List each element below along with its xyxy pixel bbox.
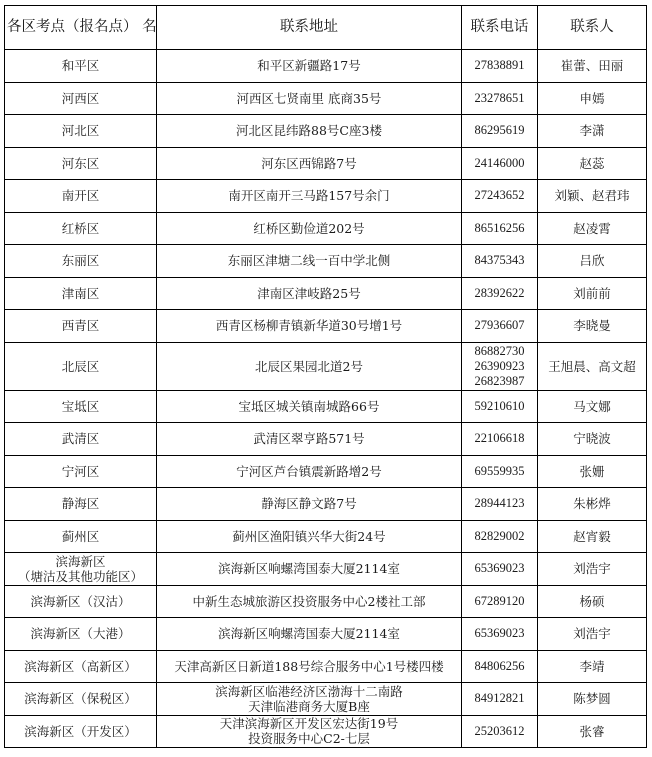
cell-contact: 刘前前	[538, 277, 647, 310]
cell-contact: 赵蕊	[538, 147, 647, 180]
table-row: 滨海新区（保税区）滨海新区临港经济区渤海十二南路天津临港商务大厦B座849128…	[5, 683, 647, 716]
cell-phone: 59210610	[462, 390, 538, 423]
cell-address-line: 河东区西锦路7号	[159, 156, 459, 171]
cell-site-name: 宝坻区	[5, 390, 157, 423]
cell-site-name-line: 和平区	[7, 58, 154, 73]
cell-address-line: 滨海新区响螺湾国泰大厦2114室	[159, 626, 459, 641]
cell-address-line: 天津临港商务大厦B座	[159, 699, 459, 714]
cell-phone: 27243652	[462, 180, 538, 213]
cell-phone-line: 27936607	[464, 318, 535, 333]
cell-address: 天津滨海新区开发区宏达街19号投资服务中心C2-七层	[157, 715, 462, 748]
table-row: 河东区河东区西锦路7号24146000赵蕊	[5, 147, 647, 180]
cell-site-name-line: （塘沽及其他功能区）	[7, 569, 154, 584]
cell-site-name-line: 红桥区	[7, 221, 154, 236]
cell-address-line: 天津高新区日新道188号综合服务中心1号楼四楼	[159, 659, 459, 674]
cell-phone: 84806256	[462, 650, 538, 683]
table-row: 滨海新区（高新区）天津高新区日新道188号综合服务中心1号楼四楼84806256…	[5, 650, 647, 683]
cell-address: 静海区静文路7号	[157, 488, 462, 521]
table-row: 宝坻区宝坻区城关镇南城路66号59210610马文娜	[5, 390, 647, 423]
cell-site-name-line: 滨海新区（高新区）	[7, 659, 154, 674]
cell-site-name-line: 西青区	[7, 318, 154, 333]
cell-site-name: 宁河区	[5, 455, 157, 488]
cell-site-name: 东丽区	[5, 245, 157, 278]
table-row: 滨海新区（开发区）天津滨海新区开发区宏达街19号投资服务中心C2-七层25203…	[5, 715, 647, 748]
cell-address-line: 红桥区勤俭道202号	[159, 221, 459, 236]
cell-address: 滨海新区响螺湾国泰大厦2114室	[157, 618, 462, 651]
cell-address-line: 河北区昆纬路88号C座3楼	[159, 123, 459, 138]
cell-phone-line: 65369023	[464, 626, 535, 641]
cell-phone-line: 86882730	[464, 344, 535, 359]
cell-contact: 刘浩宇	[538, 618, 647, 651]
cell-phone-line: 27243652	[464, 188, 535, 203]
cell-address: 河北区昆纬路88号C座3楼	[157, 115, 462, 148]
cell-address: 河西区七贤南里 底商35号	[157, 82, 462, 115]
table-row: 滨海新区（汉沽）中新生态城旅游区投资服务中心2楼社工部67289120杨硕	[5, 585, 647, 618]
cell-address: 东丽区津塘二线一百中学北侧	[157, 245, 462, 278]
cell-address-line: 河西区七贤南里 底商35号	[159, 91, 459, 106]
table-row: 武清区武清区翠亨路571号22106618宁晓波	[5, 423, 647, 456]
cell-site-name-line: 蓟州区	[7, 529, 154, 544]
table-body: 和平区和平区新疆路17号27838891崔蕾、田丽河西区河西区七贤南里 底商35…	[5, 50, 647, 748]
cell-address-line: 静海区静文路7号	[159, 496, 459, 511]
cell-phone: 28392622	[462, 277, 538, 310]
cell-phone-line: 22106618	[464, 431, 535, 446]
cell-site-name: 河西区	[5, 82, 157, 115]
cell-site-name: 南开区	[5, 180, 157, 213]
table-row: 滨海新区（塘沽及其他功能区）滨海新区响螺湾国泰大厦2114室65369023刘浩…	[5, 553, 647, 586]
cell-site-name: 河北区	[5, 115, 157, 148]
header-address: 联系地址	[157, 6, 462, 50]
table-row: 静海区静海区静文路7号28944123朱彬烨	[5, 488, 647, 521]
cell-address: 北辰区果园北道2号	[157, 342, 462, 390]
cell-phone: 27936607	[462, 310, 538, 343]
cell-contact: 陈梦圆	[538, 683, 647, 716]
header-site-name-line: 名称	[142, 19, 156, 35]
cell-phone-line: 86295619	[464, 123, 535, 138]
cell-phone: 82829002	[462, 520, 538, 553]
cell-address-line: 武清区翠亨路571号	[159, 431, 459, 446]
cell-address: 西青区杨柳青镇新华道30号增1号	[157, 310, 462, 343]
cell-address-line: 东丽区津塘二线一百中学北侧	[159, 253, 459, 268]
cell-site-name: 北辰区	[5, 342, 157, 390]
cell-phone: 84375343	[462, 245, 538, 278]
cell-phone: 28944123	[462, 488, 538, 521]
table-row: 津南区津南区津岐路25号28392622刘前前	[5, 277, 647, 310]
cell-phone-line: 26390923	[464, 359, 535, 374]
cell-site-name: 滨海新区（开发区）	[5, 715, 157, 748]
cell-address: 宁河区芦台镇震新路增2号	[157, 455, 462, 488]
cell-address-line: 天津滨海新区开发区宏达街19号	[159, 716, 459, 731]
cell-phone-line: 28392622	[464, 286, 535, 301]
cell-address: 蓟州区渔阳镇兴华大街24号	[157, 520, 462, 553]
cell-site-name-line: 滨海新区（汉沽）	[7, 594, 154, 609]
cell-phone: 24146000	[462, 147, 538, 180]
cell-site-name-line: 静海区	[7, 496, 154, 511]
cell-address-line: 滨海新区临港经济区渤海十二南路	[159, 684, 459, 699]
header-phone: 联系电话	[462, 6, 538, 50]
cell-phone: 86295619	[462, 115, 538, 148]
cell-site-name: 西青区	[5, 310, 157, 343]
cell-phone: 86516256	[462, 212, 538, 245]
cell-address-line: 宝坻区城关镇南城路66号	[159, 399, 459, 414]
table-row: 滨海新区（大港）滨海新区响螺湾国泰大厦2114室65369023刘浩宇	[5, 618, 647, 651]
cell-address-line: 西青区杨柳青镇新华道30号增1号	[159, 318, 459, 333]
cell-site-name-line: 河西区	[7, 91, 154, 106]
table-row: 和平区和平区新疆路17号27838891崔蕾、田丽	[5, 50, 647, 83]
cell-contact: 李靖	[538, 650, 647, 683]
cell-address-line: 南开区南开三马路157号余门	[159, 188, 459, 203]
cell-phone-line: 25203612	[464, 724, 535, 739]
cell-address-line: 投资服务中心C2-七层	[159, 731, 459, 746]
cell-phone: 868827302639092326823987	[462, 342, 538, 390]
cell-site-name: 河东区	[5, 147, 157, 180]
cell-site-name-line: 滨海新区	[7, 554, 154, 569]
table-row: 蓟州区蓟州区渔阳镇兴华大街24号82829002赵宵毅	[5, 520, 647, 553]
cell-site-name-line: 滨海新区（开发区）	[7, 724, 154, 739]
cell-contact: 宁晓波	[538, 423, 647, 456]
cell-contact: 王旭晨、高文超	[538, 342, 647, 390]
cell-phone-line: 84375343	[464, 253, 535, 268]
cell-phone-line: 86516256	[464, 221, 535, 236]
cell-contact: 刘颖、赵君玮	[538, 180, 647, 213]
table-row: 南开区南开区南开三马路157号余门27243652刘颖、赵君玮	[5, 180, 647, 213]
cell-address: 滨海新区临港经济区渤海十二南路天津临港商务大厦B座	[157, 683, 462, 716]
cell-site-name-line: 津南区	[7, 286, 154, 301]
cell-phone: 67289120	[462, 585, 538, 618]
cell-address: 中新生态城旅游区投资服务中心2楼社工部	[157, 585, 462, 618]
exam-site-contacts-table: 各区考点（报名点） 名称 联系地址 联系电话 联系人 和平区和平区新疆路17号2…	[4, 5, 647, 748]
table-row: 西青区西青区杨柳青镇新华道30号增1号27936607李晓曼	[5, 310, 647, 343]
cell-site-name: 滨海新区（保税区）	[5, 683, 157, 716]
cell-phone-line: 84806256	[464, 659, 535, 674]
cell-site-name-line: 武清区	[7, 431, 154, 446]
cell-address-line: 和平区新疆路17号	[159, 58, 459, 73]
cell-site-name: 滨海新区（大港）	[5, 618, 157, 651]
cell-phone-line: 28944123	[464, 496, 535, 511]
table-row: 宁河区宁河区芦台镇震新路增2号69559935张姗	[5, 455, 647, 488]
cell-phone: 84912821	[462, 683, 538, 716]
cell-phone-line: 59210610	[464, 399, 535, 414]
cell-phone: 23278651	[462, 82, 538, 115]
table-row: 东丽区东丽区津塘二线一百中学北侧84375343吕欣	[5, 245, 647, 278]
cell-contact: 马文娜	[538, 390, 647, 423]
cell-site-name: 蓟州区	[5, 520, 157, 553]
header-contact: 联系人	[538, 6, 647, 50]
table-row: 河西区河西区七贤南里 底商35号23278651申嫣	[5, 82, 647, 115]
cell-contact: 赵凌霄	[538, 212, 647, 245]
cell-address: 宝坻区城关镇南城路66号	[157, 390, 462, 423]
cell-address: 天津高新区日新道188号综合服务中心1号楼四楼	[157, 650, 462, 683]
cell-phone: 65369023	[462, 553, 538, 586]
cell-phone-line: 67289120	[464, 594, 535, 609]
cell-address-line: 蓟州区渔阳镇兴华大街24号	[159, 529, 459, 544]
cell-site-name-line: 滨海新区（大港）	[7, 626, 154, 641]
cell-site-name: 滨海新区（汉沽）	[5, 585, 157, 618]
cell-site-name-line: 滨海新区（保税区）	[7, 691, 154, 706]
cell-site-name-line: 南开区	[7, 188, 154, 203]
cell-site-name-line: 宁河区	[7, 464, 154, 479]
table-header-row: 各区考点（报名点） 名称 联系地址 联系电话 联系人	[5, 6, 647, 50]
cell-address-line: 滨海新区响螺湾国泰大厦2114室	[159, 561, 459, 576]
cell-address: 红桥区勤俭道202号	[157, 212, 462, 245]
cell-phone-line: 84912821	[464, 691, 535, 706]
cell-phone: 22106618	[462, 423, 538, 456]
cell-phone-line: 23278651	[464, 91, 535, 106]
cell-site-name: 红桥区	[5, 212, 157, 245]
cell-contact: 张姗	[538, 455, 647, 488]
header-site-name: 各区考点（报名点） 名称	[5, 6, 157, 50]
cell-phone-line: 24146000	[464, 156, 535, 171]
cell-contact: 崔蕾、田丽	[538, 50, 647, 83]
cell-contact: 张睿	[538, 715, 647, 748]
cell-contact: 李晓曼	[538, 310, 647, 343]
cell-address: 滨海新区响螺湾国泰大厦2114室	[157, 553, 462, 586]
cell-address-line: 中新生态城旅游区投资服务中心2楼社工部	[159, 594, 459, 609]
cell-site-name: 津南区	[5, 277, 157, 310]
cell-phone: 69559935	[462, 455, 538, 488]
cell-contact: 吕欣	[538, 245, 647, 278]
cell-address: 和平区新疆路17号	[157, 50, 462, 83]
cell-address-line: 宁河区芦台镇震新路增2号	[159, 464, 459, 479]
cell-phone: 27838891	[462, 50, 538, 83]
table-row: 河北区河北区昆纬路88号C座3楼86295619李潇	[5, 115, 647, 148]
cell-phone-line: 27838891	[464, 58, 535, 73]
table-row: 红桥区红桥区勤俭道202号86516256赵凌霄	[5, 212, 647, 245]
cell-contact: 刘浩宇	[538, 553, 647, 586]
cell-site-name-line: 宝坻区	[7, 399, 154, 414]
cell-contact: 朱彬烨	[538, 488, 647, 521]
cell-address-line: 津南区津岐路25号	[159, 286, 459, 301]
cell-site-name: 武清区	[5, 423, 157, 456]
cell-address: 河东区西锦路7号	[157, 147, 462, 180]
cell-phone-line: 69559935	[464, 464, 535, 479]
cell-site-name-line: 河东区	[7, 156, 154, 171]
cell-phone: 25203612	[462, 715, 538, 748]
cell-phone-line: 65369023	[464, 561, 535, 576]
cell-contact: 杨硕	[538, 585, 647, 618]
cell-site-name-line: 北辰区	[7, 359, 154, 374]
cell-phone: 65369023	[462, 618, 538, 651]
cell-phone-line: 82829002	[464, 529, 535, 544]
header-site-name-line: 各区考点（报名点）	[7, 19, 138, 35]
cell-site-name: 静海区	[5, 488, 157, 521]
cell-phone-line: 26823987	[464, 374, 535, 389]
cell-address-line: 北辰区果园北道2号	[159, 359, 459, 374]
cell-site-name: 和平区	[5, 50, 157, 83]
cell-contact: 申嫣	[538, 82, 647, 115]
cell-site-name-line: 河北区	[7, 123, 154, 138]
cell-address: 武清区翠亨路571号	[157, 423, 462, 456]
cell-address: 津南区津岐路25号	[157, 277, 462, 310]
cell-site-name-line: 东丽区	[7, 253, 154, 268]
cell-contact: 赵宵毅	[538, 520, 647, 553]
table-row: 北辰区北辰区果园北道2号868827302639092326823987王旭晨、…	[5, 342, 647, 390]
cell-address: 南开区南开三马路157号余门	[157, 180, 462, 213]
cell-site-name: 滨海新区（高新区）	[5, 650, 157, 683]
cell-site-name: 滨海新区（塘沽及其他功能区）	[5, 553, 157, 586]
cell-contact: 李潇	[538, 115, 647, 148]
